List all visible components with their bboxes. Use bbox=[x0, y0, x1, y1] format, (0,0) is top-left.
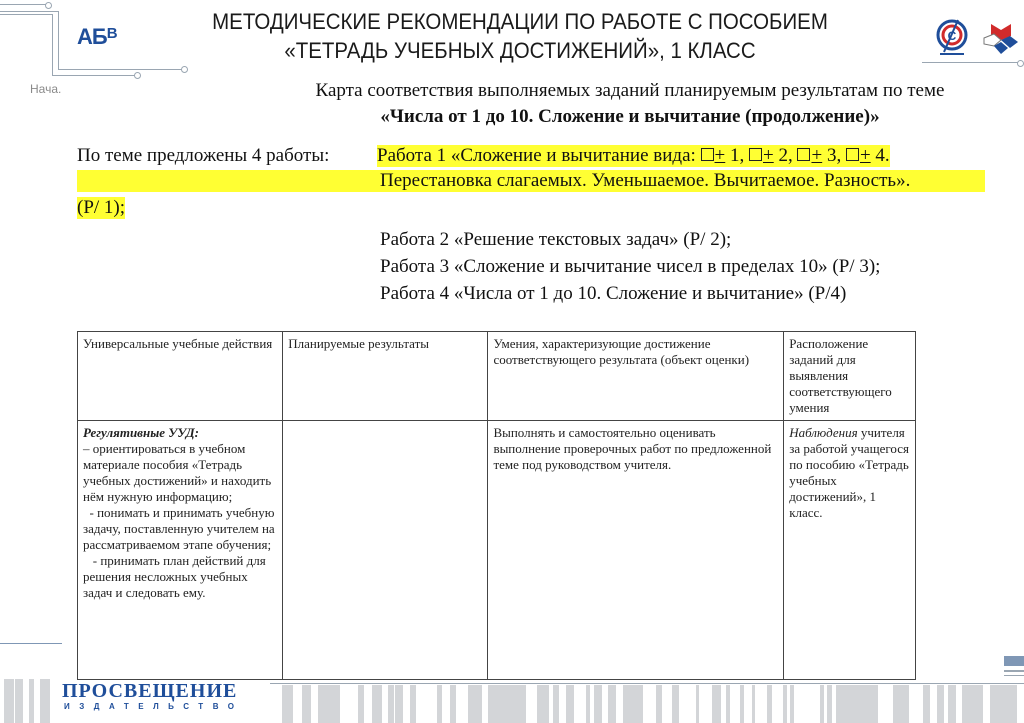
decor-strip bbox=[752, 685, 755, 723]
decor-strip bbox=[962, 685, 983, 723]
decor-strip bbox=[783, 685, 787, 723]
decor-strip bbox=[740, 685, 744, 723]
uud-cell: Регулятивные УУД: – ориентироваться в уч… bbox=[78, 421, 283, 680]
decor-strip bbox=[827, 685, 832, 723]
decor-strip bbox=[450, 685, 456, 723]
decor-strip bbox=[820, 685, 824, 723]
decor-dot bbox=[45, 2, 52, 9]
table-header-row: Универсальные учебные действия Планируем… bbox=[78, 332, 916, 421]
work-1-code: (Р/ 1); bbox=[77, 197, 125, 219]
decor-strip bbox=[937, 685, 944, 723]
document-topic: «Числа от 1 до 10. Сложение и вычитание … bbox=[255, 106, 1005, 128]
publisher-subtitle: ИЗДАТЕЛЬСТВО bbox=[64, 702, 244, 711]
location-cell: Наблюдения учителя за работой учащегося … bbox=[784, 421, 916, 680]
decor-strip bbox=[948, 685, 956, 723]
decor-line bbox=[58, 11, 59, 69]
skills-cell: Выполнять и самостоятельно оценивать вып… bbox=[488, 421, 784, 680]
header-cell: Расположение заданий для выявления соотв… bbox=[784, 332, 916, 421]
table-row: Регулятивные УУД: – ориентироваться в уч… bbox=[78, 421, 916, 680]
decor-strip bbox=[990, 685, 1017, 723]
decor-strip bbox=[437, 685, 442, 723]
decor-line bbox=[922, 62, 1018, 63]
decor-dot bbox=[181, 66, 188, 73]
publisher-logo: ПРОСВЕЩЕНИЕ bbox=[62, 680, 237, 703]
decor-line bbox=[52, 75, 136, 76]
document-subtitle: Карта соответствия выполняемых заданий п… bbox=[255, 80, 1005, 102]
header-cell: Универсальные учебные действия bbox=[78, 332, 283, 421]
work-item: Работа 3 «Сложение и вычитание чисел в п… bbox=[380, 253, 880, 280]
page-title: МЕТОДИЧЕСКИЕ РЕКОМЕНДАЦИИ ПО РАБОТЕ С ПО… bbox=[185, 7, 855, 65]
decor-strip bbox=[726, 685, 730, 723]
decor-strip bbox=[586, 685, 590, 723]
decor-strip bbox=[566, 685, 574, 723]
decor-strip bbox=[623, 685, 643, 723]
header-cell: Планируемые результаты bbox=[283, 332, 488, 421]
abv-logo: АБВ bbox=[77, 24, 117, 50]
decor-strip bbox=[29, 679, 34, 723]
decor-strip bbox=[608, 685, 616, 723]
decor-strip bbox=[656, 685, 662, 723]
decor-strip bbox=[712, 685, 721, 723]
decor-strip bbox=[594, 685, 602, 723]
decor-line bbox=[58, 69, 182, 70]
decor-strip bbox=[410, 685, 416, 723]
decor-line bbox=[0, 14, 52, 15]
decor-strip bbox=[893, 685, 909, 723]
work-1-line2: Перестановка слагаемых. Уменьшаемое. Выч… bbox=[77, 170, 985, 192]
decor-strip bbox=[282, 685, 293, 723]
decor-strip bbox=[488, 685, 526, 723]
works-list: Работа 2 «Решение текстовых задач» (Р/ 2… bbox=[380, 226, 880, 307]
decor-strip bbox=[4, 679, 14, 723]
decor-strip bbox=[395, 685, 403, 723]
decor-strip bbox=[468, 685, 482, 723]
works-intro: По теме предложены 4 работы: bbox=[77, 145, 329, 167]
decor-strip bbox=[790, 685, 794, 723]
decor-strip bbox=[672, 685, 679, 723]
decor-strip bbox=[836, 685, 878, 723]
decor-strip bbox=[388, 685, 394, 723]
decor-strip bbox=[302, 685, 311, 723]
decor-line bbox=[0, 4, 47, 5]
decor-strip bbox=[318, 685, 340, 723]
header-cell: Умения, характеризующие достижение соотв… bbox=[488, 332, 784, 421]
correspondence-table: Универсальные учебные действия Планируем… bbox=[77, 331, 916, 680]
work-item: Работа 4 «Числа от 1 до 10. Сложение и в… bbox=[380, 280, 880, 307]
circle-c-logo-icon: C bbox=[934, 18, 970, 58]
work-1-line1: Работа 1 «Сложение и вычитание вида: + 1… bbox=[377, 145, 890, 167]
decor-dot bbox=[1017, 60, 1024, 67]
decor-line bbox=[0, 11, 58, 12]
decor-strip bbox=[40, 679, 50, 723]
decor-line bbox=[52, 14, 53, 75]
decor-dot bbox=[134, 72, 141, 79]
decor-strip bbox=[696, 685, 699, 723]
decor-strip bbox=[923, 685, 930, 723]
book-star-logo-icon bbox=[982, 22, 1020, 56]
decor-strip bbox=[15, 679, 23, 723]
nav-start-link[interactable]: Нача. bbox=[30, 82, 61, 96]
planned-results-cell bbox=[283, 421, 488, 680]
decor-strip bbox=[767, 685, 772, 723]
decor-strip bbox=[537, 685, 549, 723]
work-item: Работа 2 «Решение текстовых задач» (Р/ 2… bbox=[380, 226, 880, 253]
decor-strip bbox=[358, 685, 364, 723]
decor-strip bbox=[553, 685, 559, 723]
decor-strip bbox=[372, 685, 382, 723]
